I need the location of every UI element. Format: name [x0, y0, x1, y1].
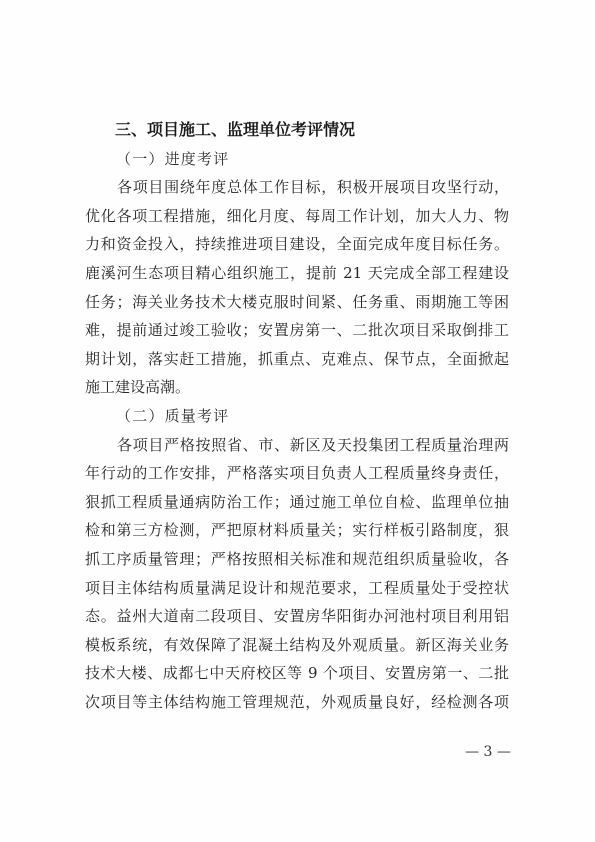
paragraph-line: 态。益州大道南二段项目、安置房华阳街办河池村项目利用铝 [85, 602, 509, 631]
subsection-quality-evaluation: （二）质量考评 各项目严格按照省、市、新区及天投集团工程质量治理两 年行动的工作… [85, 402, 509, 717]
paragraph-line: 各项目围绕年度总体工作目标，积极开展项目攻坚行动， [117, 173, 509, 202]
subsection-heading: （一）进度考评 [85, 145, 509, 174]
paragraph-line: 期计划，落实赶工措施，抓重点、克难点、保节点，全面掀起 [85, 345, 509, 374]
paragraph-line: 任务；海关业务技术大楼克服时间紧、任务重、雨期施工等困 [85, 288, 509, 317]
paragraph-line: 抓工序质量管理；严格按照相关标准和规范组织质量验收，各 [85, 545, 509, 574]
subsection-heading: （二）质量考评 [85, 402, 509, 431]
paragraph-line: 鹿溪河生态项目精心组织施工，提前 21 天完成全部工程建设 [85, 259, 509, 288]
paragraph-line: 次项目等主体结构施工管理规范，外观质量良好，经检测各项 [85, 688, 509, 717]
page-number: — 3 — [462, 742, 514, 762]
document-body: 三、项目施工、监理单位考评情况 （一）进度考评 各项目围绕年度总体工作目标，积极… [85, 116, 509, 716]
paragraph-line: 检和第三方检测，严把原材料质量关；实行样板引路制度，狠 [85, 516, 509, 545]
section-title: 三、项目施工、监理单位考评情况 [85, 116, 509, 145]
paragraph-line: 年行动的工作安排，严格落实项目负责人工程质量终身责任， [85, 459, 509, 488]
paragraph: 各项目严格按照省、市、新区及天投集团工程质量治理两 年行动的工作安排，严格落实项… [85, 431, 509, 717]
paragraph-line: 难，提前通过竣工验收；安置房第一、二批次项目采取倒排工 [85, 316, 509, 345]
paragraph-line: 项目主体结构质量满足设计和规范要求，工程质量处于受控状 [85, 574, 509, 603]
paragraph: 各项目围绕年度总体工作目标，积极开展项目攻坚行动， 优化各项工程措施，细化月度、… [85, 173, 509, 402]
paragraph-line: 狠抓工程质量通病防治工作；通过施工单位自检、监理单位抽 [85, 488, 509, 517]
paragraph-line: 技术大楼、成都七中天府校区等 9 个项目、安置房第一、二批 [85, 659, 509, 688]
paragraph-line: 力和资金投入，持续推进项目建设，全面完成年度目标任务。 [85, 230, 509, 259]
paragraph-line: 优化各项工程措施，细化月度、每周工作计划，加大人力、物 [85, 202, 509, 231]
paragraph-line: 各项目严格按照省、市、新区及天投集团工程质量治理两 [117, 431, 509, 460]
paragraph-line: 施工建设高潮。 [85, 373, 509, 402]
paragraph-line: 模板系统，有效保障了混凝土结构及外观质量。新区海关业务 [85, 631, 509, 660]
subsection-progress-evaluation: （一）进度考评 各项目围绕年度总体工作目标，积极开展项目攻坚行动， 优化各项工程… [85, 145, 509, 402]
